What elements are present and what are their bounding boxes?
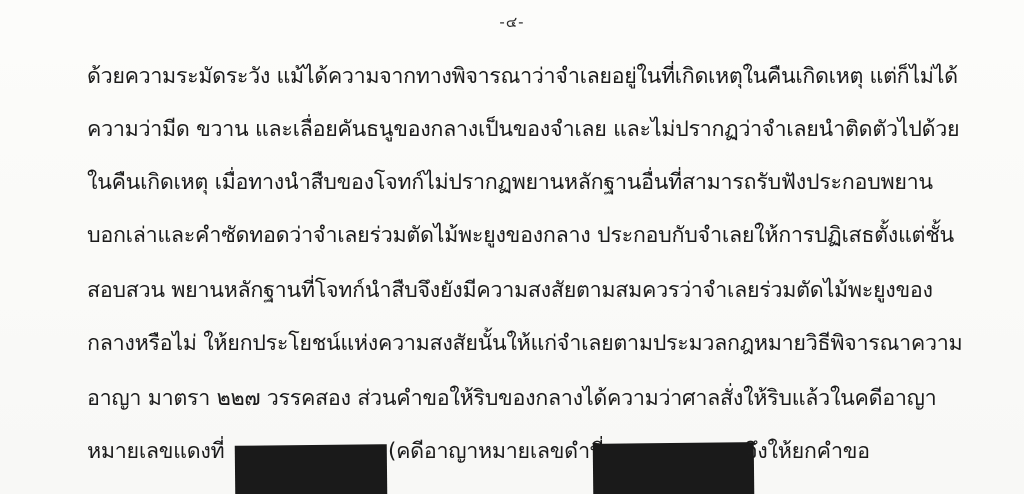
document-page: -๔- ด้วยความระมัดระวัง แม้ได้ความจากทางพ… bbox=[0, 0, 1024, 494]
text-line-8-part-2: (คดีอาญาหมายเลขดำที่ bbox=[388, 437, 604, 467]
text-line-1: ด้วยความระมัดระวัง แม้ได้ความจากทางพิจาร… bbox=[87, 62, 958, 92]
text-line-7: อาญา มาตรา ๒๒๗ วรรคสอง ส่วนคำขอให้ริบของ… bbox=[87, 384, 936, 414]
text-line-2: ความว่ามีด ขวาน และเลื่อยคันธนูของกลางเป… bbox=[87, 115, 959, 145]
text-line-3: ในคืนเกิดเหตุ เมื่อทางนำสืบของโจทก์ไม่ปร… bbox=[87, 168, 933, 198]
redaction-box-red-case-number bbox=[235, 444, 388, 494]
text-line-6: กลางหรือไม่ ให้ยกประโยชน์แห่งความสงสัยนั… bbox=[87, 329, 962, 359]
text-line-5: สอบสวน พยานหลักฐานที่โจทก์นำสืบจึงยังมีค… bbox=[87, 276, 933, 306]
text-line-4: บอกเล่าและคำซัดทอดว่าจำเลยร่วมตัดไม้พะยู… bbox=[87, 221, 954, 251]
redaction-box-black-case-number bbox=[593, 442, 755, 494]
text-line-8-part-3: จึงให้ยกคำขอ bbox=[745, 437, 870, 467]
page-number: -๔- bbox=[0, 10, 1024, 34]
text-line-8-part-1: หมายเลขแดงที่ bbox=[87, 437, 224, 467]
